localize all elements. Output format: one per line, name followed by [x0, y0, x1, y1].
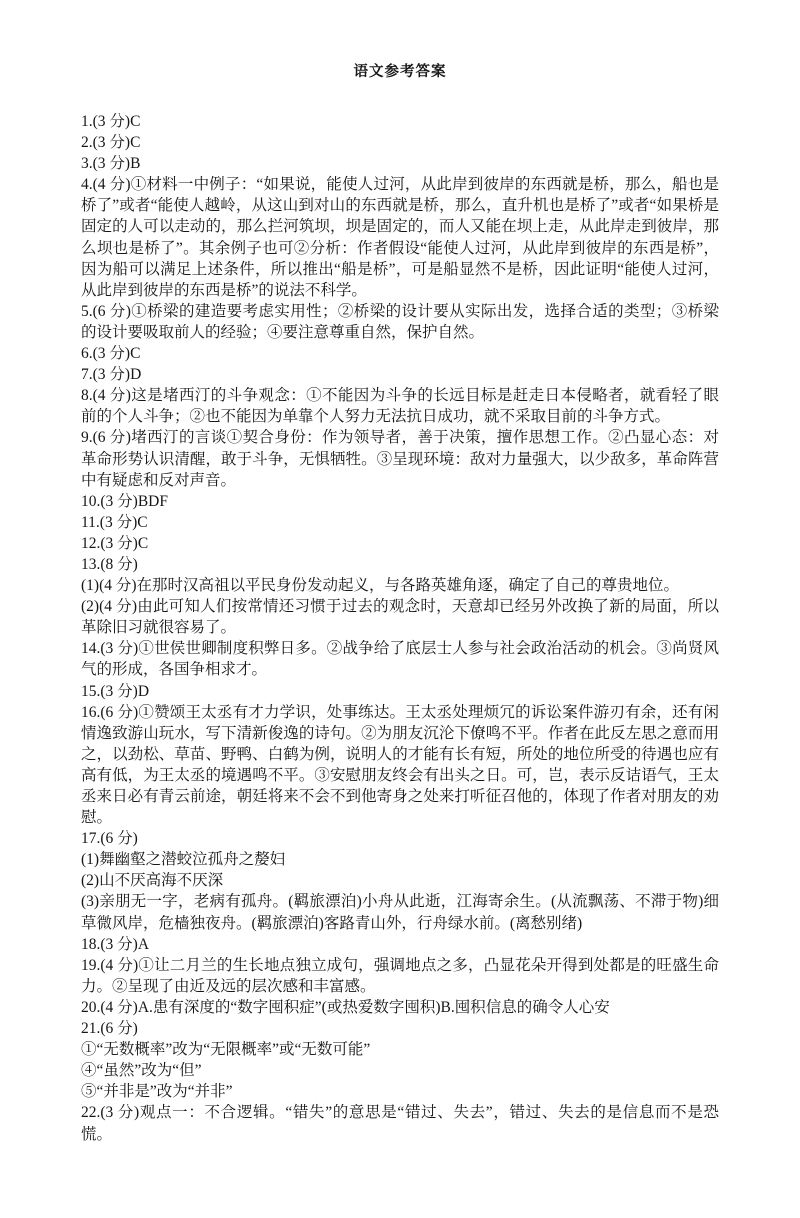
answer-paragraph: 3.(3 分)B — [81, 153, 719, 174]
answer-paragraph: 8.(4 分)这是堵西汀的斗争观念：①不能因为斗争的长远目标是赶走日本侵略者，就… — [81, 385, 719, 427]
answer-paragraph: 19.(4 分)①让二月兰的生长地点独立成句，强调地点之多，凸显花朵开得到处都是… — [81, 955, 719, 997]
answer-paragraph: 4.(4 分)①材料一中例子：“如果说，能使人过河，从此岸到彼岸的东西就是桥，那… — [81, 174, 719, 301]
answer-paragraph: 12.(3 分)C — [81, 533, 719, 554]
answer-paragraph: 21.(6 分) — [81, 1018, 719, 1039]
answer-paragraph: 18.(3 分)A — [81, 934, 719, 955]
answer-list: 1.(3 分)C2.(3 分)C3.(3 分)B4.(4 分)①材料一中例子：“… — [81, 111, 719, 1145]
answer-paragraph: 10.(3 分)BDF — [81, 491, 719, 512]
answer-paragraph: 13.(8 分) — [81, 554, 719, 575]
answer-paragraph: ④“虽然”改为“但” — [81, 1060, 719, 1081]
answer-paragraph: 11.(3 分)C — [81, 512, 719, 533]
answer-paragraph: 22.(3 分)观点一：不合逻辑。“错失”的意思是“错过、失去”，错过、失去的是… — [81, 1102, 719, 1144]
answer-paragraph: ①“无数概率”改为“无限概率”或“无数可能” — [81, 1039, 719, 1060]
document-page: 语文参考答案 1.(3 分)C2.(3 分)C3.(3 分)B4.(4 分)①材… — [0, 0, 800, 1218]
answer-paragraph: 15.(3 分)D — [81, 681, 719, 702]
answer-paragraph: 2.(3 分)C — [81, 132, 719, 153]
answer-paragraph: (1)(4 分)在那时汉高祖以平民身份发动起义，与各路英雄角逐，确定了自己的尊贵… — [81, 575, 719, 596]
answer-paragraph: (1)舞幽壑之潜蛟泣孤舟之嫠妇 — [81, 849, 719, 870]
answer-paragraph: (2)山不厌高海不厌深 — [81, 870, 719, 891]
answer-paragraph: 1.(3 分)C — [81, 111, 719, 132]
answer-paragraph: (3)亲朋无一字，老病有孤舟。(羁旅漂泊)小舟从此逝，江海寄余生。(从流飘荡、不… — [81, 891, 719, 933]
answer-paragraph: 7.(3 分)D — [81, 364, 719, 385]
answer-paragraph: 20.(4 分)A.患有深度的“数字囤积症”(或热爱数字囤积)B.囤积信息的确令… — [81, 997, 719, 1018]
answer-paragraph: 6.(3 分)C — [81, 343, 719, 364]
answer-paragraph: 16.(6 分)①赞颂王太丞有才力学识，处事练达。王太丞处理烦冗的诉讼案件游刃有… — [81, 702, 719, 829]
answer-paragraph: 17.(6 分) — [81, 828, 719, 849]
page-title: 语文参考答案 — [81, 64, 719, 81]
answer-paragraph: 14.(3 分)①世侯世卿制度积弊日多。②战争给了底层士人参与社会政治活动的机会… — [81, 638, 719, 680]
answer-paragraph: (2)(4 分)由此可知人们按常情还习惯于过去的观念时，天意却已经另外改换了新的… — [81, 596, 719, 638]
answer-paragraph: 5.(6 分)①桥梁的建造要考虑实用性；②桥梁的设计要从实际出发，选择合适的类型… — [81, 301, 719, 343]
answer-paragraph: 9.(6 分)堵西汀的言谈①契合身份：作为领导者，善于决策，擅作思想工作。②凸显… — [81, 427, 719, 490]
answer-paragraph: ⑤“并非是”改为“并非” — [81, 1081, 719, 1102]
